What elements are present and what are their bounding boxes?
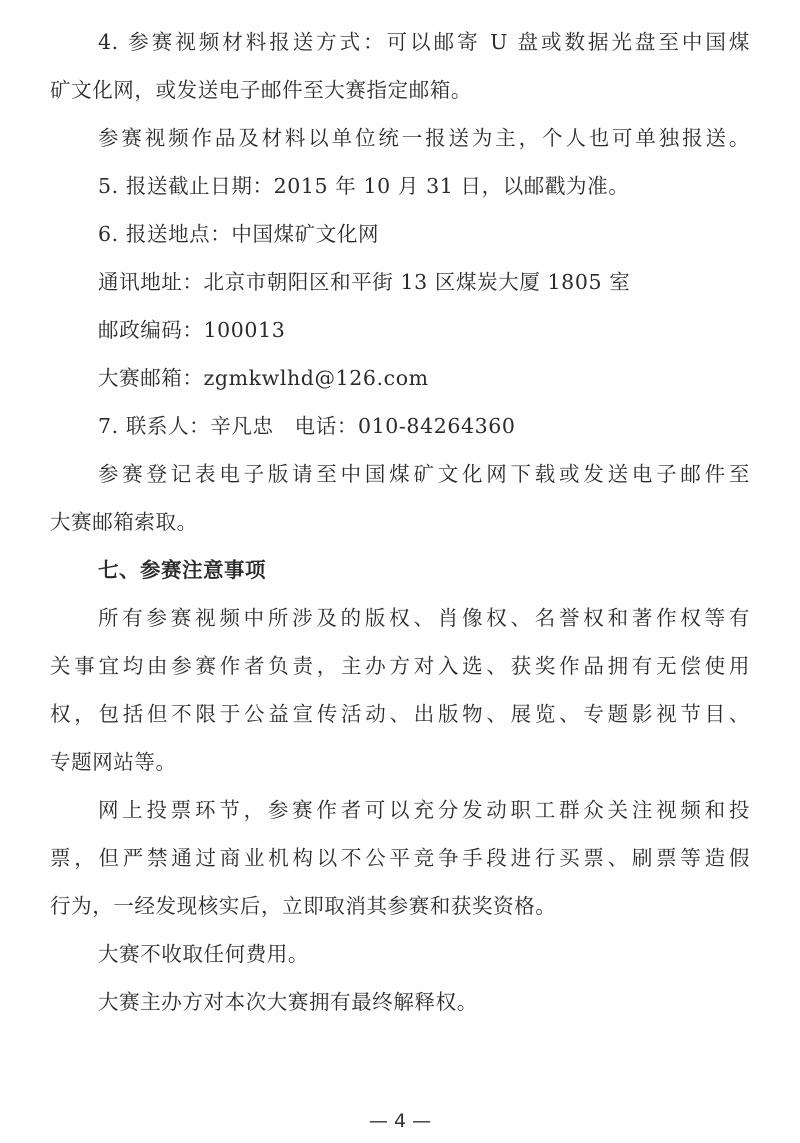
text-line-copyright-line4: 专题网站等。: [50, 750, 177, 774]
text-line-item5-deadline: 5. 报送截止日期：2015 年 10 月 31 日，以邮戳为准。: [98, 174, 629, 198]
text-line-copyright-line1: 所有参赛视频中所涉及的版权、肖像权、名誉权和著作权等有: [98, 606, 750, 630]
text-line-submission-note: 参赛视频作品及材料以单位统一报送为主，个人也可单独报送。: [98, 126, 750, 150]
section-heading: 七、参赛注意事项: [98, 558, 266, 582]
text-line-form-note-line2: 大赛邮箱索取。: [50, 510, 198, 534]
text-line-postal-code: 邮政编码：100013: [98, 318, 285, 342]
text-line-voting-line1: 网上投票环节，参赛作者可以充分发动职工群众关注视频和投: [98, 798, 750, 822]
text-line-voting-line2: 票，但严禁通过商业机构以不公平竞争手段进行买票、刷票等造假: [50, 846, 750, 870]
text-line-item4-line2: 矿文化网，或发送电子邮件至大赛指定邮箱。: [50, 78, 472, 102]
text-line-contest-email: 大赛邮箱：zgmkwlhd@126.com: [98, 366, 429, 390]
text-line-form-note-line1: 参赛登记表电子版请至中国煤矿文化网下载或发送电子邮件至: [98, 462, 750, 486]
text-line-copyright-line3: 权，包括但不限于公益宣传活动、出版物、展览、专题影视节目、: [50, 702, 750, 726]
text-line-mailing-address: 通讯地址：北京市朝阳区和平街 13 区煤炭大厦 1805 室: [98, 270, 630, 294]
text-line-item7-contact: 7. 联系人：辛凡忠 电话：010-84264360: [98, 414, 516, 438]
text-line-voting-line3: 行为，一经发现核实后，立即取消其参赛和获奖资格。: [50, 894, 556, 918]
text-line-item4-line1: 4. 参赛视频材料报送方式：可以邮寄 U 盘或数据光盘至中国煤: [98, 30, 750, 54]
text-line-no-fee: 大赛不收取任何费用。: [98, 942, 309, 966]
text-line-item6-location: 6. 报送地点：中国煤矿文化网: [98, 222, 379, 246]
page-number: — 4 —: [0, 1110, 800, 1132]
text-line-copyright-line2: 关事宜均由参赛作者负责，主办方对入选、获奖作品拥有无偿使用: [50, 654, 750, 678]
document-page: 4. 参赛视频材料报送方式：可以邮寄 U 盘或数据光盘至中国煤矿文化网，或发送电…: [0, 0, 800, 1143]
text-line-final-interpretation: 大赛主办方对本次大赛拥有最终解释权。: [98, 990, 478, 1014]
